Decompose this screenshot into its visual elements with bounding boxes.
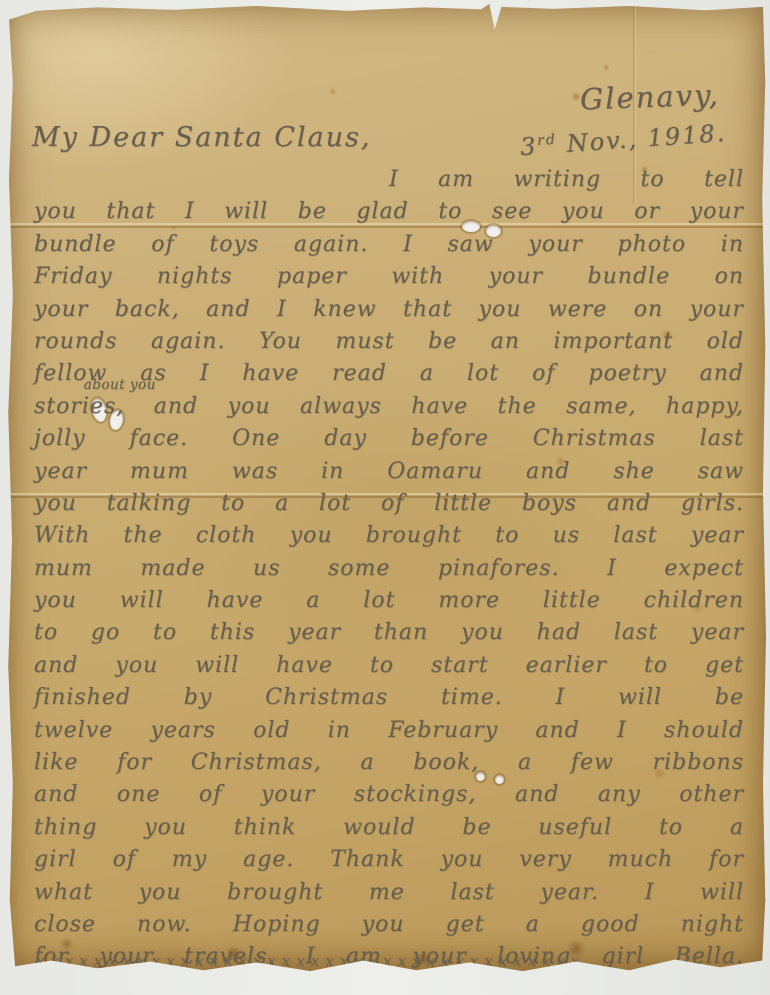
line-text: Friday nights paper with your bundle on xyxy=(34,264,744,289)
line-text: rounds again. You must be an important o… xyxy=(34,329,744,354)
letter-line: what you brought me last year. I will xyxy=(34,877,744,909)
letter-line: you will have a lot more little children xyxy=(34,585,744,617)
line-text: bundle of toys again. I saw your photo i… xyxy=(34,232,744,257)
line-text: your back, and I knew that you were on y… xyxy=(34,297,744,322)
line-text: you talking to a lot of little boys and … xyxy=(34,491,744,516)
letter-line: and one of your stockings, and any other xyxy=(34,779,744,811)
inserted-text-above-line: about you xyxy=(84,379,156,392)
letter-line: to go to this year than you had last yea… xyxy=(34,617,744,649)
line-text: you will have a lot more little children xyxy=(34,588,744,613)
line-text: I am writing to tell xyxy=(389,167,744,192)
line-text: and you will have to start earlier to ge… xyxy=(34,653,744,678)
line-text: close now. Hoping you get a good night xyxy=(34,912,744,937)
line-text: finished by Christmas time. I will be xyxy=(34,685,744,710)
letter-salutation: My Dear Santa Claus, xyxy=(32,122,371,153)
letter-place: Glenavy, xyxy=(580,78,721,117)
letter-line: I am writing to tell xyxy=(34,164,744,196)
letter-line: twelve years old in February and I shoul… xyxy=(34,715,744,747)
line-text: thing you think would be useful to a xyxy=(34,815,744,840)
date-day: 3 xyxy=(519,132,538,161)
line-text: to go to this year than you had last yea… xyxy=(34,620,744,645)
line-text: twelve years old in February and I shoul… xyxy=(34,718,744,743)
letter-paper: Glenavy, 3rd Nov., 1918. My Dear Santa C… xyxy=(6,4,766,978)
line-text: year mum was in Oamaru and she saw xyxy=(34,459,744,484)
letter-body: I am writing to tell you that I will be … xyxy=(34,164,744,974)
scanned-letter-page: Glenavy, 3rd Nov., 1918. My Dear Santa C… xyxy=(0,0,770,995)
letter-line: your back, and I knew that you were on y… xyxy=(34,294,744,326)
letter-line: finished by Christmas time. I will be xyxy=(34,682,744,714)
letter-line-with-insertion: about youstories, and you always have th… xyxy=(34,391,744,423)
letter-line: and you will have to start earlier to ge… xyxy=(34,650,744,682)
line-text: mum made us some pinafores. I expect xyxy=(34,556,744,581)
line-text: With the cloth you brought to us last ye… xyxy=(34,523,744,548)
line-text: jolly face. One day before Christmas las… xyxy=(34,426,744,451)
kisses-row: xxxxxxxxxxxxxxxxxxxxxxxxxxxxxxxxxxxxxx xyxy=(36,952,585,970)
letter-line: rounds again. You must be an important o… xyxy=(34,326,744,358)
line-text: like for Christmas, a book, a few ribbon… xyxy=(34,750,744,775)
letter-line: year mum was in Oamaru and she saw xyxy=(34,456,744,488)
date-ordinal: rd xyxy=(536,132,557,149)
letter-line: thing you think would be useful to a xyxy=(34,812,744,844)
line-text: girl of my age. Thank you very much for xyxy=(34,847,744,872)
line-text: what you brought me last year. I will xyxy=(34,880,744,905)
letter-line: close now. Hoping you get a good night xyxy=(34,909,744,941)
letter-line: bundle of toys again. I saw your photo i… xyxy=(34,229,744,261)
date-rest: Nov., 1918. xyxy=(556,119,727,159)
letter-line: jolly face. One day before Christmas las… xyxy=(34,423,744,455)
letter-line: With the cloth you brought to us last ye… xyxy=(34,520,744,552)
letter-line: you talking to a lot of little boys and … xyxy=(34,488,744,520)
letter-line: like for Christmas, a book, a few ribbon… xyxy=(34,747,744,779)
letter-line: you that I will be glad to see you or yo… xyxy=(34,196,744,228)
line-text: stories, and you always have the same, h… xyxy=(34,394,744,419)
letter-line: girl of my age. Thank you very much for xyxy=(34,844,744,876)
line-text: and one of your stockings, and any other xyxy=(34,782,744,807)
letter-line: mum made us some pinafores. I expect xyxy=(34,553,744,585)
letter-date: 3rd Nov., 1918. xyxy=(519,119,727,161)
letter-line: Friday nights paper with your bundle on xyxy=(34,261,744,293)
line-text: you that I will be glad to see you or yo… xyxy=(34,199,744,224)
